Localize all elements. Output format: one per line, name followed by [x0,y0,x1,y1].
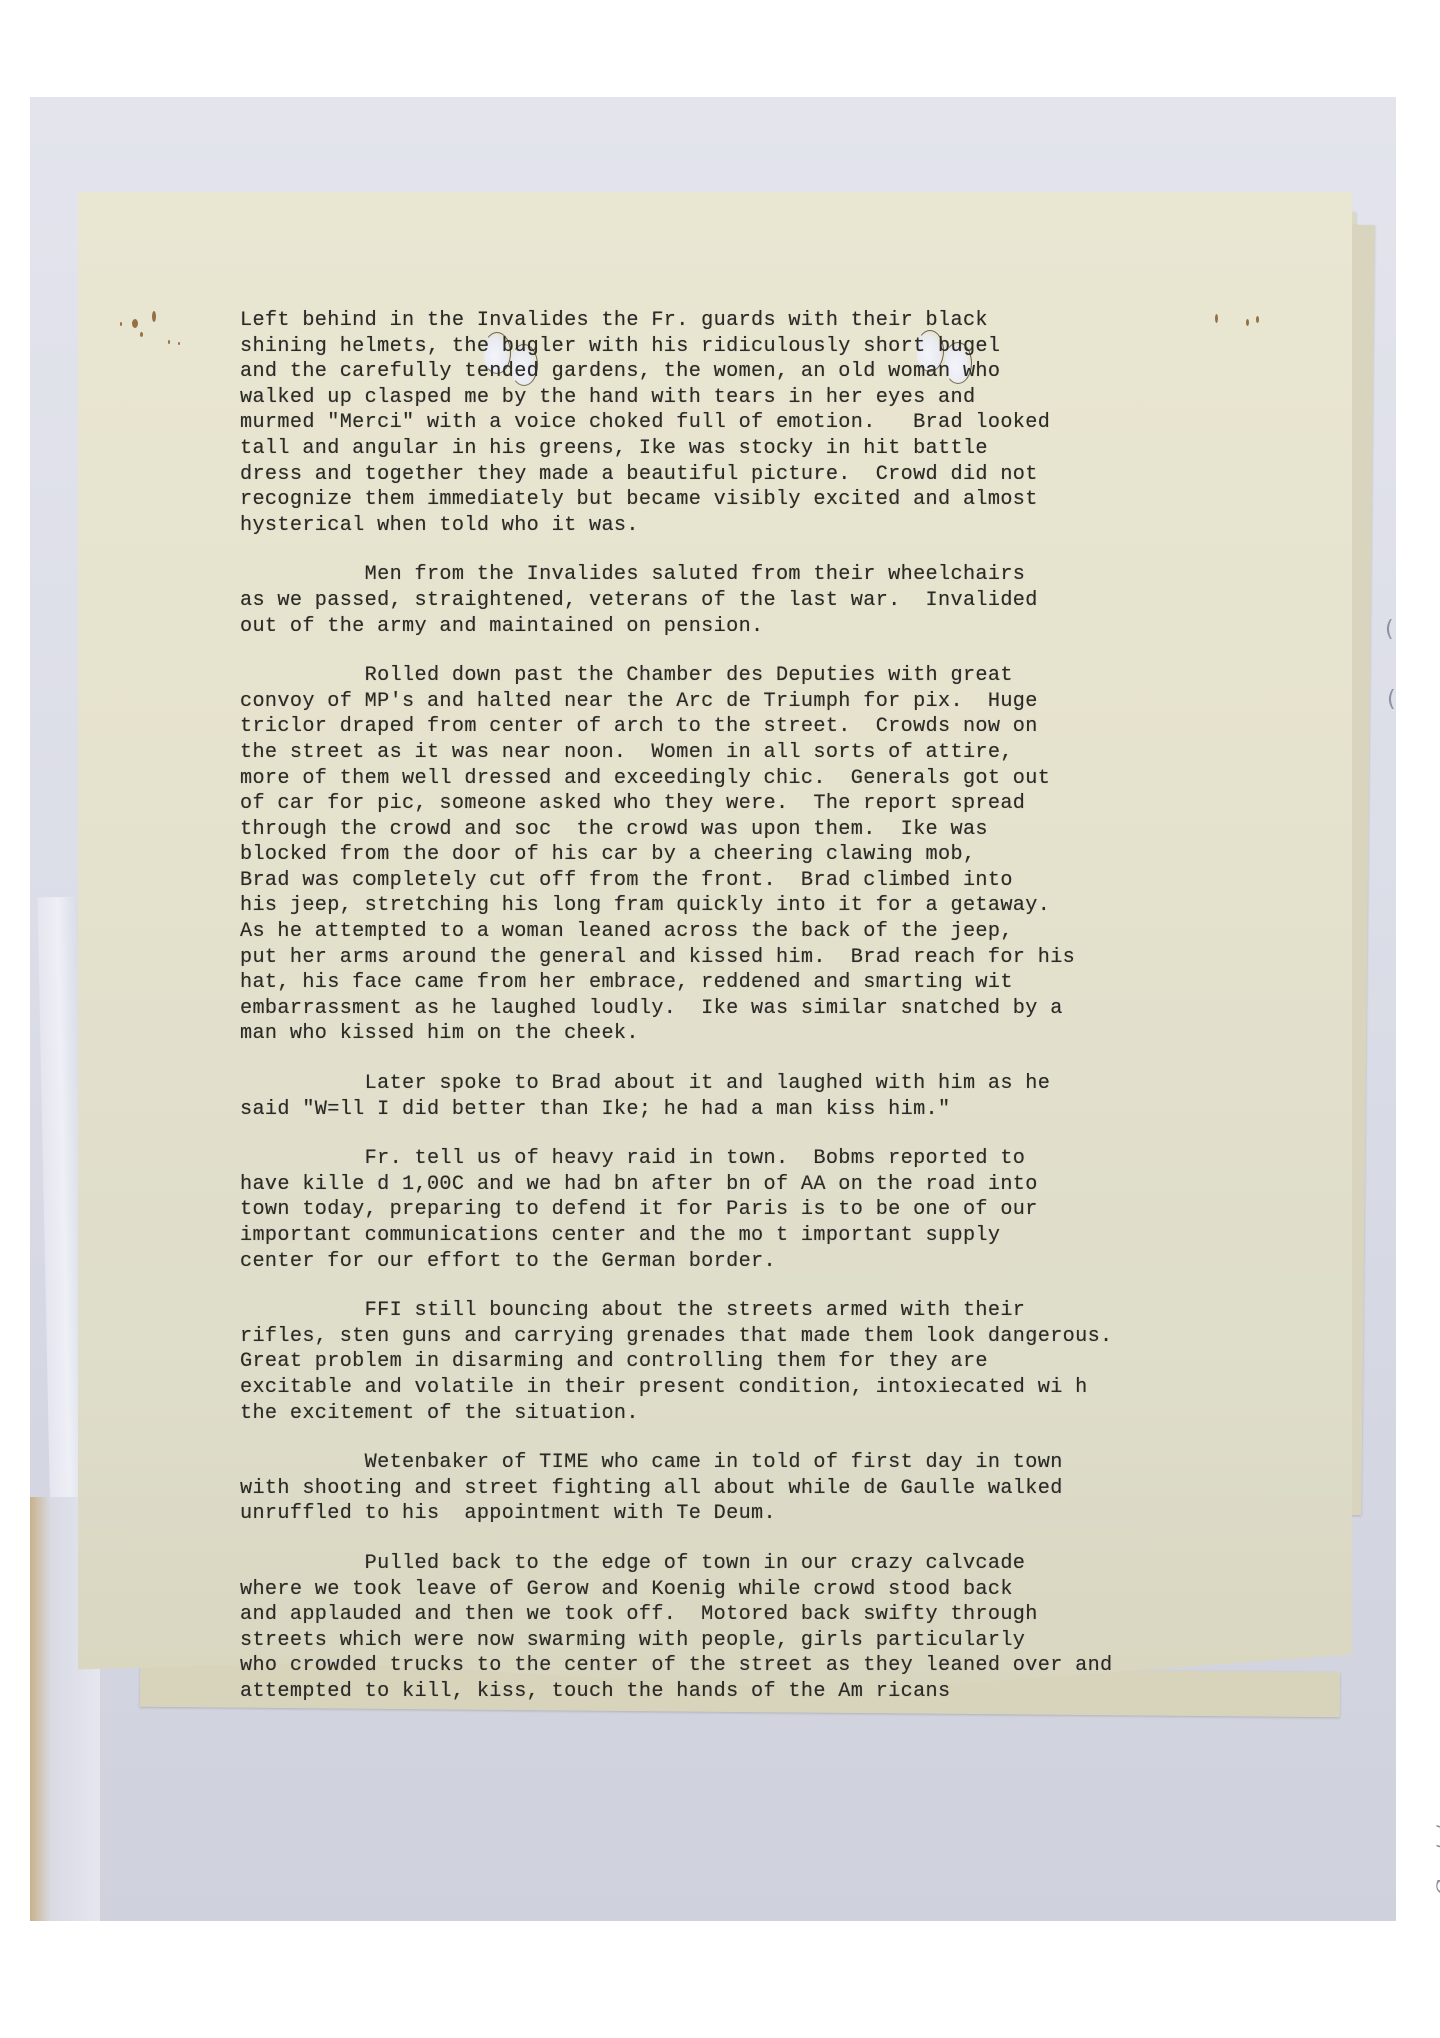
paragraph: FFI still bouncing about the streets arm… [240,1298,1320,1426]
text-line: out of the army and maintained on pensio… [240,614,1320,640]
text-line: Wetenbaker of TIME who came in told of f… [240,1450,1320,1476]
text-line: Brad was completely cut off from the fro… [240,868,1320,894]
text-line: of car for pic, someone asked who they w… [240,791,1320,817]
paragraph: Wetenbaker of TIME who came in told of f… [240,1450,1320,1527]
text-line: Great problem in disarming and controlli… [240,1349,1320,1375]
paragraph: Men from the Invalides saluted from thei… [240,562,1320,639]
text-line: the street as it was near noon. Women in… [240,740,1320,766]
text-line: embarrassment as he laughed loudly. Ike … [240,996,1320,1022]
rust-spot [120,322,122,326]
text-line: Pulled back to the edge of town in our c… [240,1551,1320,1577]
text-line: important communications center and the … [240,1223,1320,1249]
text-line: Men from the Invalides saluted from thei… [240,562,1320,588]
text-line: FFI still bouncing about the streets arm… [240,1298,1320,1324]
text-line: the excitement of the situation. [240,1401,1320,1427]
text-line: triclor draped from center of arch to th… [240,714,1320,740]
text-line: man who kissed him on the cheek. [240,1021,1320,1047]
text-line: convoy of MP's and halted near the Arc d… [240,689,1320,715]
margin-mark: ( [1387,687,1396,712]
text-line: walked up clasped me by the hand with te… [240,385,1320,411]
text-line: hat, his face came from her embrace, red… [240,970,1320,996]
text-line: and applauded and then we took off. Moto… [240,1602,1320,1628]
rust-spot [152,311,156,322]
rust-spot [168,340,170,344]
rust-spot [132,319,138,328]
text-line: through the crowd and soc the crowd was … [240,817,1320,843]
text-line: murmed "Merci" with a voice choked full … [240,410,1320,436]
text-line: attempted to kill, kiss, touch the hands… [240,1679,1320,1705]
text-line: and the carefully tended gardens, the wo… [240,359,1320,385]
text-line: as we passed, straightened, veterans of … [240,588,1320,614]
text-line: recognize them immediately but became vi… [240,487,1320,513]
text-line: excitable and volatile in their present … [240,1375,1320,1401]
paragraph: Later spoke to Brad about it and laughed… [240,1071,1320,1122]
paragraph: Left behind in the Invalides the Fr. gua… [240,308,1320,538]
text-line: who crowded trucks to the center of the … [240,1653,1320,1679]
handwritten-side-note: Gus/c/ [1434,1825,1440,1895]
text-line: Later spoke to Brad about it and laughed… [240,1071,1320,1097]
text-line: rifles, sten guns and carrying grenades … [240,1324,1320,1350]
rust-spot [178,342,180,345]
typed-text-body: Left behind in the Invalides the Fr. gua… [240,308,1320,1729]
paragraph: Fr. tell us of heavy raid in town. Bobms… [240,1146,1320,1274]
rust-spot [140,332,143,337]
text-line: Fr. tell us of heavy raid in town. Bobms… [240,1146,1320,1172]
text-line: shining helmets, the bugler with his rid… [240,334,1320,360]
text-line: center for our effort to the German bord… [240,1249,1320,1275]
text-line: dress and together they made a beautiful… [240,462,1320,488]
text-line: unruffled to his appointment with Te Deu… [240,1501,1320,1527]
text-line: As he attempted to a woman leaned across… [240,919,1320,945]
text-line: put her arms around the general and kiss… [240,945,1320,971]
text-line: streets which were now swarming with peo… [240,1628,1320,1654]
text-line: town today, preparing to defend it for P… [240,1197,1320,1223]
margin-mark: ( [1385,617,1394,642]
paragraph: Pulled back to the edge of town in our c… [240,1551,1320,1705]
text-line: have kille d 1,00C and we had bn after b… [240,1172,1320,1198]
text-line: where we took leave of Gerow and Koenig … [240,1577,1320,1603]
text-line: his jeep, stretching his long fram quick… [240,893,1320,919]
text-line: tall and angular in his greens, Ike was … [240,436,1320,462]
text-line: more of them well dressed and exceedingl… [240,766,1320,792]
text-line: hysterical when told who it was. [240,513,1320,539]
text-line: Rolled down past the Chamber des Deputie… [240,663,1320,689]
paragraph: Rolled down past the Chamber des Deputie… [240,663,1320,1047]
text-line: Left behind in the Invalides the Fr. gua… [240,308,1320,334]
text-line: said "W=ll I did better than Ike; he had… [240,1097,1320,1123]
text-line: with shooting and street fighting all ab… [240,1476,1320,1502]
text-line: blocked from the door of his car by a ch… [240,842,1320,868]
